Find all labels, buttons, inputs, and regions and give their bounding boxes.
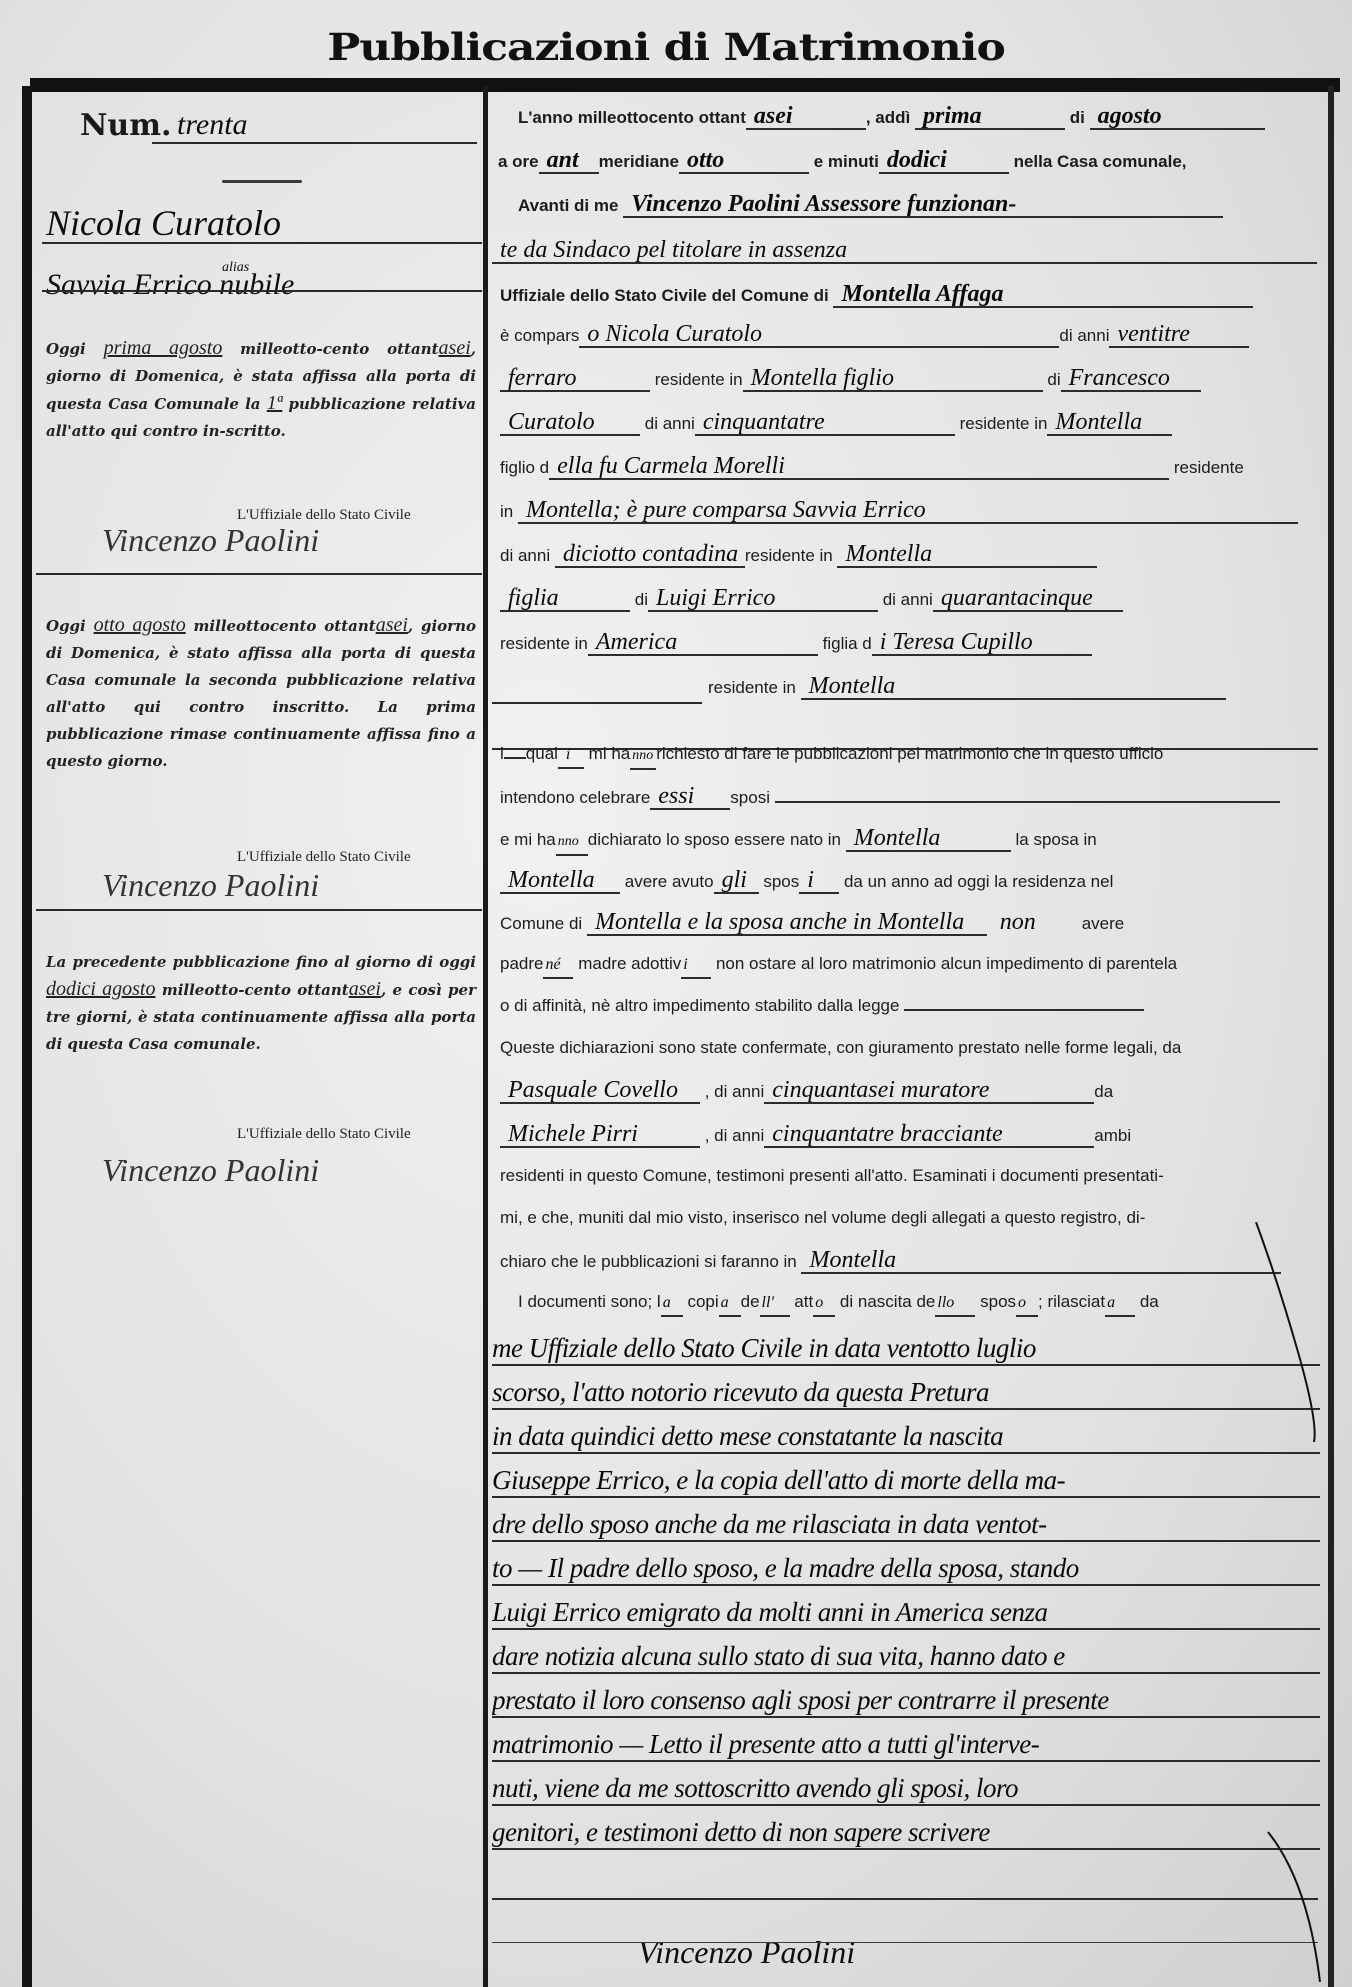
second-pub-text-c: , giorno di Domenica, è stato affissa al… <box>46 617 476 770</box>
register-page: Pubblicazioni di Matrimonio Num. trenta … <box>0 0 1352 1987</box>
text: copi <box>687 1292 718 1311</box>
second-publication-text: Oggi otto agosto milleottocento ottantas… <box>46 612 476 775</box>
handwritten-line: nuti, viene da me sottoscritto avendo gl… <box>492 1772 1320 1806</box>
act-line-18: Montella avere avutogli sposi da un anno… <box>500 868 1320 894</box>
bride-relation-field: figlia <box>500 586 630 612</box>
bride-father-residence-field: America <box>588 630 818 656</box>
text: di <box>635 590 648 609</box>
officer-label-3: L'Uffiziale dello Stato Civile <box>237 1126 411 1143</box>
text: residente <box>1174 458 1244 477</box>
text: richiesto di fare le pubblicazioni pel m… <box>656 744 1163 763</box>
act-line-2: a oreantmeridianeotto e minutidodici nel… <box>498 148 1318 174</box>
section-divider-2 <box>36 909 482 911</box>
text: a ore <box>498 152 539 171</box>
marriage-act-column: L'anno milleottocento ottantasei, addì p… <box>488 92 1328 1987</box>
bride-age-field: diciotto contadina <box>555 542 745 568</box>
text: di <box>1047 370 1060 389</box>
handwritten-line: me Uffiziale dello Stato Civile in data … <box>492 1332 1320 1366</box>
text: spos <box>763 872 799 891</box>
third-pub-text-b: milleotto-cento ottant <box>162 981 349 999</box>
plural-suffix-field: i <box>681 953 711 979</box>
essi-field: essi <box>650 784 730 810</box>
bride-name-rule <box>42 290 482 292</box>
groom-father-surname-field: Curatolo <box>500 410 640 436</box>
bride-name: Savvia Errico nubile <box>46 268 294 302</box>
act-line-14: residente in Montella <box>708 674 1352 700</box>
act-line-16: intendono celebrareessisposi <box>500 784 1320 810</box>
comune-field: Montella Affaga <box>833 282 1253 308</box>
third-pub-date: dodici agosto <box>46 978 155 1000</box>
signature-rule <box>492 1898 1318 1900</box>
text: in <box>500 502 513 521</box>
officer-signature-3: Vincenzo Paolini <box>102 1152 319 1189</box>
handwritten-line: dare notizia alcuna sullo stato di sua v… <box>492 1640 1320 1674</box>
non-field: non <box>992 910 1082 934</box>
text: di anni <box>883 590 933 609</box>
blank-rule <box>492 702 702 704</box>
handwritten-line: Giuseppe Errico, e la copia dell'atto di… <box>492 1464 1320 1498</box>
groom-father-residence-field: Montella <box>1047 410 1172 436</box>
blank-ruled-line <box>492 1942 1318 1943</box>
text: residente in <box>500 634 588 653</box>
groom-name: Nicola Curatolo <box>46 202 281 244</box>
bride-mother-field: i Teresa Cupillo <box>872 630 1092 656</box>
text: di anni <box>645 414 695 433</box>
handwritten-line: to — Il padre dello sposo, e la madre de… <box>492 1552 1320 1586</box>
blank-field <box>504 757 526 759</box>
text: è compars <box>500 326 579 345</box>
groom-father-field: Francesco <box>1061 366 1201 392</box>
text: da <box>1094 1082 1113 1101</box>
text: di <box>1070 108 1085 127</box>
act-line-9: figlio della fu Carmela Morelli resident… <box>500 454 1320 480</box>
record-number-value: trenta <box>177 108 248 142</box>
marginal-curve-stroke <box>1248 1222 1328 1982</box>
bride-mother-residence-field: Montella <box>801 674 1226 700</box>
act-line-24: Michele Pirri , di annicinquantatre brac… <box>500 1122 1320 1148</box>
act-line-20: padrené madre adottivi non ostare al lor… <box>500 952 1320 979</box>
act-line-7: ferraro residente inMontella figlio diFr… <box>500 366 1320 392</box>
officer-label-2: L'Uffiziale dello Stato Civile <box>237 849 411 866</box>
frame-left-border <box>22 86 32 1987</box>
text: o di affinità, nè altro impedimento stab… <box>500 996 899 1015</box>
text: qual <box>526 744 558 763</box>
text: intendono celebrare <box>500 788 650 807</box>
text: L'anno milleottocento ottant <box>518 108 746 127</box>
month-field: agosto <box>1090 104 1265 130</box>
text: residente in <box>745 546 833 565</box>
section-divider-1 <box>36 573 482 575</box>
first-pub-date: prima agosto <box>104 337 223 359</box>
plural-suffix-field: i <box>799 868 839 894</box>
publication-place-field: Montella <box>801 1248 1281 1274</box>
blank-field <box>904 1009 1144 1011</box>
first-pub-text-b: milleotto-cento ottant <box>240 340 438 358</box>
act-line-22: Queste dichiarazioni sono state conferma… <box>500 1036 1320 1060</box>
second-pub-date: otto agosto <box>94 614 186 636</box>
second-pub-year: asei <box>376 614 408 636</box>
witness-1-age-occupation-field: cinquantasei muratore <box>764 1078 1094 1104</box>
witness-2-name-field: Michele Pirri <box>500 1122 700 1148</box>
text: e mi ha <box>500 830 556 849</box>
bride-birthplace-field: Montella <box>500 868 620 894</box>
text: , di anni <box>705 1082 765 1101</box>
act-line-8: Curatolo di annicinquantatre residente i… <box>500 410 1320 436</box>
handwritten-line: matrimonio — Letto il presente atto a tu… <box>492 1728 1320 1762</box>
text: da <box>1140 1292 1159 1311</box>
act-line-12: figlia diLuigi Errico di anniquarantacin… <box>500 586 1320 612</box>
suffix-field: o <box>1016 1291 1038 1317</box>
groom-age-field: ventitre <box>1109 322 1249 348</box>
text: i <box>500 744 504 763</box>
text: nella Casa comunale, <box>1014 152 1187 171</box>
year-field: asei <box>746 104 866 130</box>
verb-suffix-field: nno <box>556 830 588 856</box>
act-line-19: Comune di Montella e la sposa anche in M… <box>500 910 1320 936</box>
act-line-3: Avanti di me Vincenzo Paolini Assessore … <box>518 192 1338 218</box>
text: padre <box>500 954 543 973</box>
suffix-field: a <box>661 1291 683 1317</box>
suffix-field: a <box>719 1291 741 1317</box>
text: dichiarato lo sposo essere nato in <box>588 830 841 849</box>
second-pub-text-a: Oggi <box>46 617 86 635</box>
act-line-15: iquali mi hannorichiesto di fare le pubb… <box>500 742 1320 770</box>
handwritten-line: Luigi Errico emigrato da molti anni in A… <box>492 1596 1320 1630</box>
frame-top-border <box>30 78 1340 92</box>
flourish-divider <box>222 180 302 183</box>
handwritten-line: genitori, e testimoni detto di non saper… <box>492 1816 1320 1850</box>
officer-role-field: te da Sindaco pel titolare in assenza <box>492 238 1317 264</box>
residence-comune-field: Montella e la sposa anche in Montella <box>587 910 987 936</box>
act-line-26: mi, e che, muniti dal mio visto, inseris… <box>500 1206 1320 1230</box>
page-title: Pubblicazioni di Matrimonio <box>236 26 1096 69</box>
act-line-10: in Montella; è pure comparsa Savvia Erri… <box>500 498 1320 524</box>
verb-suffix-field: nno <box>630 744 656 770</box>
text: sposi <box>730 788 770 807</box>
text: Uffiziale dello Stato Civile del Comune … <box>500 286 829 305</box>
text: avere <box>1082 914 1125 933</box>
text: residente in <box>708 678 796 697</box>
minutes-field: dodici <box>879 148 1009 174</box>
act-line-6: è comparso Nicola Curatolodi anniventitr… <box>500 322 1320 348</box>
text: residente in <box>655 370 743 389</box>
witness-2-age-occupation-field: cinquantatre bracciante <box>764 1122 1094 1148</box>
publication-notes-column: Num. trenta Nicola Curatolo alias Savvia… <box>32 92 483 1987</box>
groom-name-rule <box>42 242 482 244</box>
text: avere avuto <box>625 872 714 891</box>
text: ambi <box>1094 1126 1131 1145</box>
text: Comune di <box>500 914 582 933</box>
text: meridiane <box>599 152 679 171</box>
text: la sposa in <box>1015 830 1096 849</box>
number-underline <box>152 142 477 144</box>
text: Avanti di me <box>518 196 618 215</box>
bride-residence-field: Montella <box>837 542 1097 568</box>
conjunction-field: né <box>543 953 573 979</box>
hour-field: otto <box>679 148 809 174</box>
text: chiaro che le pubblicazioni si faranno i… <box>500 1252 797 1271</box>
act-line-28: I documenti sono; la copiadell' atto di … <box>518 1290 1338 1317</box>
suffix-field: llo <box>935 1291 975 1317</box>
text: di anni <box>500 546 550 565</box>
act-line-5: Uffiziale dello Stato Civile del Comune … <box>500 282 1320 308</box>
day-field: prima <box>915 104 1065 130</box>
text: mi ha <box>589 744 631 763</box>
handwritten-line: dre dello sposo anche da me rilasciata i… <box>492 1508 1320 1542</box>
handwritten-line: in data quindici detto mese constatante … <box>492 1420 1320 1454</box>
officer-signature-1: Vincenzo Paolini <box>102 522 319 559</box>
first-publication-text: Oggi prima agosto milleotto-cento ottant… <box>46 335 476 445</box>
officer-field: Vincenzo Paolini Assessore funzionan- <box>623 192 1223 218</box>
officer-signature-2: Vincenzo Paolini <box>102 867 319 904</box>
groom-residence-field: Montella figlio <box>743 366 1043 392</box>
text: madre adottiv <box>578 954 681 973</box>
first-pub-ordinal: 1ª <box>267 392 283 414</box>
record-number-label: Num. <box>80 108 171 143</box>
act-line-21: o di affinità, nè altro impedimento stab… <box>500 994 1320 1018</box>
text: e minuti <box>814 152 879 171</box>
suffix-field: ll' <box>760 1291 790 1317</box>
gli-field: gli <box>714 868 759 894</box>
text: de <box>741 1292 760 1311</box>
frame-right-border <box>1328 86 1334 1987</box>
groom-mother-field: ella fu Carmela Morelli <box>549 454 1169 480</box>
text: di nascita de <box>840 1292 935 1311</box>
suffix-field: o <box>813 1291 835 1317</box>
text: di anni <box>1059 326 1109 345</box>
text: residente in <box>960 414 1048 433</box>
text: att <box>794 1292 813 1311</box>
text: , addì <box>866 108 910 127</box>
bride-father-field: Luigi Errico <box>648 586 878 612</box>
act-line-17: e mi hannodichiarato lo sposo essere nat… <box>500 826 1320 856</box>
first-pub-year: asei <box>439 337 471 359</box>
officer-final-signature: Vincenzo Paolini <box>638 1934 855 1971</box>
bride-father-age-field: quarantacinque <box>933 586 1123 612</box>
text: ; rilasciat <box>1038 1292 1105 1311</box>
second-pub-text-b: milleottocento ottant <box>194 617 376 635</box>
groom-occupation-field: ferraro <box>500 366 650 392</box>
text: figlio d <box>500 458 549 477</box>
act-line-25: residenti in questo Comune, testimoni pr… <box>500 1164 1320 1188</box>
plural-suffix-field: i <box>558 743 584 769</box>
handwritten-line: scorso, l'atto notorio ricevuto da quest… <box>492 1376 1320 1410</box>
act-line-11: di anni diciotto contadinaresidente in M… <box>500 542 1320 568</box>
groom-birthplace-field: Montella <box>846 826 1011 852</box>
suffix-field: a <box>1105 1291 1135 1317</box>
first-pub-text-a: Oggi <box>46 340 86 358</box>
third-pub-year: asei <box>349 978 381 1000</box>
text: I documenti sono; l <box>518 1292 661 1311</box>
bride-field: Montella; è pure comparsa Savvia Errico <box>518 498 1298 524</box>
act-line-1: L'anno milleottocento ottantasei, addì p… <box>518 104 1338 130</box>
blank-field <box>775 801 1280 803</box>
groom-father-age-field: cinquantatre <box>695 410 955 436</box>
text: spos <box>980 1292 1016 1311</box>
act-line-27: chiaro che le pubblicazioni si faranno i… <box>500 1248 1320 1274</box>
text: figlia d <box>823 634 872 653</box>
act-line-13: residente inAmerica figlia di Teresa Cup… <box>500 630 1320 656</box>
text: , di anni <box>705 1126 765 1145</box>
meridian-field: ant <box>539 148 599 174</box>
groom-field: o Nicola Curatolo <box>579 322 1059 348</box>
act-line-23: Pasquale Covello , di annicinquantasei m… <box>500 1078 1320 1104</box>
third-publication-text: La precedente pubblicazione fino al gior… <box>46 949 476 1058</box>
text: da un anno ad oggi la residenza nel <box>844 872 1113 891</box>
act-line-4: te da Sindaco pel titolare in assenza <box>492 238 1312 264</box>
third-pub-text-a: La precedente pubblicazione fino al gior… <box>46 953 476 971</box>
text: non ostare al loro matrimonio alcun impe… <box>716 954 1177 973</box>
witness-1-name-field: Pasquale Covello <box>500 1078 700 1104</box>
handwritten-line: prestato il loro consenso agli sposi per… <box>492 1684 1320 1718</box>
